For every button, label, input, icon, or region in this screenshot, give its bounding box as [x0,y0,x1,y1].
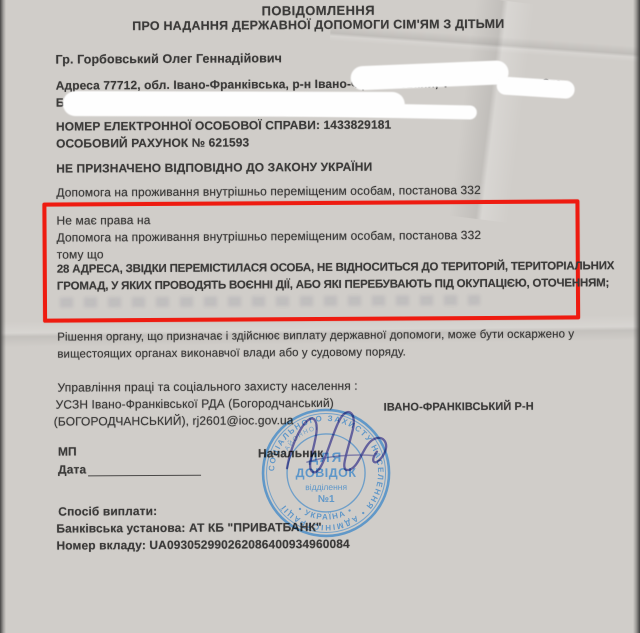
aid-type-line: Допомога на проживання внутрішньо перемі… [56,183,481,200]
doc-title-line2: ПРО НАДАННЯ ДЕРЖАВНОЇ ДОПОМОГИ СІМ'ЯМ З … [0,16,638,34]
highlight-line3: тому що [57,247,104,261]
photo-edge-left [0,0,6,633]
date-underline [88,462,201,477]
date-label: Дата [58,462,86,476]
office-line1: Управління праці та соціального захисту … [57,379,357,395]
account-number-line: ОСОБОВИЙ РАХУНОК № 621593 [56,135,249,150]
stamp-center-line4: №1 [318,494,335,505]
photo-edge-right [633,0,640,633]
case-number-line: НОМЕР ЕЛЕКТРОННОЇ ОСОБОВОЇ СПРАВИ: 14338… [56,118,391,134]
document-content: ПОВІДОМЛЕННЯ ПРО НАДАННЯ ДЕРЖАВНОЇ ДОПОМ… [0,0,640,633]
appeal-line1: Рішення органу, що призначає і здійснює … [57,328,574,343]
highlight-line1: Не має права на [56,213,150,228]
district-label: ІВАНО-ФРАНКІВСЬКИЙ Р-Н [384,401,534,414]
payment-method-label: Спосіб виплати: [58,504,157,519]
not-assigned-line: НЕ ПРИЗНАЧЕНО ВІДПОВІДНО ДО ЗАКОНУ УКРАЇ… [56,160,372,176]
highlight-line2: Допомога на проживання внутрішньо перемі… [57,228,482,245]
document-photo: ПОВІДОМЛЕННЯ ПРО НАДАННЯ ДЕРЖАВНОЇ ДОПОМ… [0,0,640,633]
redaction-blob-address1 [350,60,509,90]
appeal-line2: вищестоящих органах виконавчої влади або… [57,346,406,360]
recipient-line: Гр. Горбовський Олег Геннадійович [55,51,282,66]
redaction-blob-address1-tail [496,76,575,99]
mp-label: МП [58,444,77,458]
signature [277,404,402,495]
